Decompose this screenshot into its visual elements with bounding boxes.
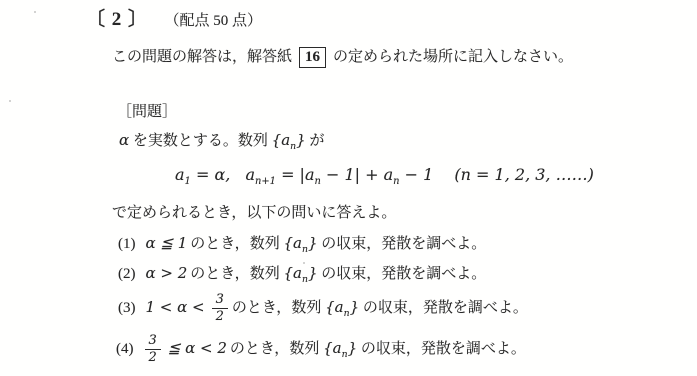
alpha-symbol: α [119, 131, 129, 149]
fraction-three-halves: 32 [212, 293, 228, 323]
question-4-number: (4) [116, 341, 134, 357]
intro-text-1: を実数とする。数列 [133, 133, 268, 149]
instruction-line: この問題の解答は，解答紙16の定められた場所に記入しなさい。 [112, 47, 573, 68]
question-1-number: (1) [118, 236, 136, 252]
instruction-pre: この問題の解答は，解答紙 [112, 49, 292, 65]
problem-number: 〔 2 〕 [86, 9, 148, 30]
question-2-number: (2) [118, 266, 136, 282]
scan-noise-dot [9, 100, 11, 102]
question-3: (3)1 < α <32のとき，数列 {an} の収束，発散を調べよ。 [118, 291, 528, 324]
question-2-condition: α > 2 [146, 264, 188, 282]
sequence-notation: {an} [283, 264, 317, 282]
outro-sentence: で定められるとき，以下の問いに答えよ。 [112, 203, 396, 223]
intro-sentence: α を実数とする。数列 {an} が [119, 130, 324, 151]
question-4: (4)32≦ α < 2のとき，数列 {an} の収束，発散を調べよ。 [116, 331, 526, 366]
n-range: (n = 1, 2, 3, ……) [454, 165, 593, 184]
problem-label: ［問題］ [117, 102, 177, 122]
sequence-notation: {an} [325, 298, 359, 316]
question-1: (1)α ≦ 1のとき，数列 {an} の収束，発散を調べよ。 [118, 233, 486, 254]
seq-phrase-jp1: 数列 [289, 341, 319, 357]
exam-problem-page: 〔 2 〕（配点 50 点） この問題の解答は，解答紙16の定められた場所に記入… [0, 0, 697, 376]
question-1-condition: α ≦ 1 [146, 234, 188, 252]
seq-phrase-jp2: の収束，発散を調べよ。 [321, 236, 486, 252]
sequence-notation: {an} [283, 234, 317, 252]
question-3-number: (3) [118, 300, 136, 316]
seq-phrase-jp2: の収束，発散を調べよ。 [361, 341, 526, 357]
recurrence-formula: a1 = α, an+1 = |an − 1| + an − 1 (n = 1,… [175, 165, 594, 185]
seq-phrase-jp1: 数列 [291, 300, 321, 316]
seq-phrase-jp2: の収束，発散を調べよ。 [321, 266, 486, 282]
seq-phrase-jp1: 数列 [250, 236, 280, 252]
answer-sheet-number-box: 16 [299, 47, 326, 68]
sequence-notation: {an} [323, 339, 357, 357]
seq-phrase-jp1: 数列 [250, 266, 280, 282]
seq-phrase-jp2: の収束，発散を調べよ。 [363, 300, 528, 316]
question-3-condition-pre: 1 < α < [146, 298, 205, 316]
problem-header: 〔 2 〕（配点 50 点） [86, 10, 262, 31]
question-4-condition-post: ≦ α < 2 [168, 339, 227, 357]
instruction-post: の定められた場所に記入しなさい。 [333, 49, 573, 65]
intro-text-2: が [309, 133, 324, 149]
points-allocation: （配点 50 点） [172, 13, 262, 29]
question-2: (2)α > 2のとき，数列 {an} の収束，発散を調べよ。 [118, 263, 486, 284]
sequence-notation: {an} [272, 131, 306, 149]
scan-noise-dot [34, 11, 36, 13]
fraction-three-halves: 32 [145, 334, 161, 364]
